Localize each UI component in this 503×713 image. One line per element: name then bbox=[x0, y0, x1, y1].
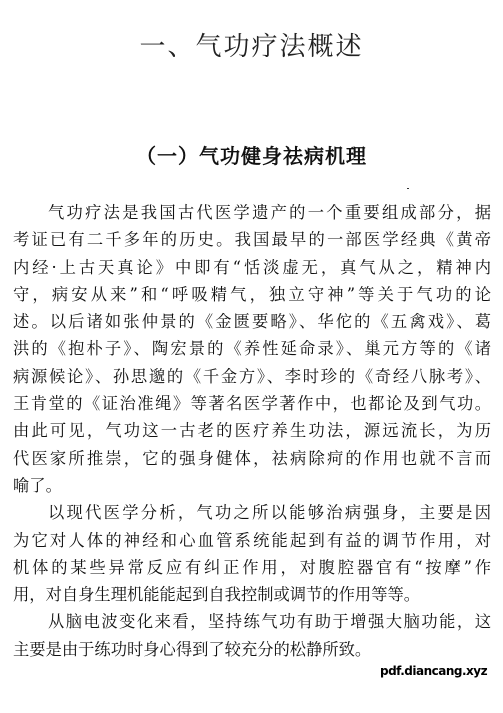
paragraph-1-line: 洪的《抱朴子》、陶宏景的《养性延命录》、巢元方等的《诸 bbox=[13, 335, 491, 362]
paragraph-2-line: 为它对人体的神经和心血管系统能起到有益的调节作用，对 bbox=[13, 527, 491, 554]
paragraph-1-line: 病源候论》、孙思邈的《千金方》、李时珍的《奇经八脉考》、 bbox=[13, 363, 491, 390]
body-text: 气功疗法是我国古代医学遗产的一个重要组成部分，据 考证已有二千多年的历史。我国最… bbox=[13, 199, 491, 663]
paragraph-1-line: 考证已有二千多年的历史。我国最早的一部医学经典《黄帝 bbox=[13, 226, 491, 253]
paragraph-3-line: 主要是由于练功时身心得到了较充分的松静所致。 bbox=[13, 636, 491, 663]
paragraph-1-line: 述。以后诸如张仲景的《金匮要略》、华佗的《五禽戏》、葛 bbox=[13, 308, 491, 335]
paragraph-1-line: 由此可见，气功这一古老的医疗养生功法，源远流长，为历 bbox=[13, 417, 491, 444]
paragraph-2-line: 以现代医学分析，气功之所以能够治病强身，主要是因 bbox=[13, 499, 491, 526]
chapter-title: 一、气功疗法概述 bbox=[0, 26, 503, 63]
watermark: pdf.diancang.xyz bbox=[380, 664, 487, 678]
paragraph-2-line: 机体的某些异常反应有纠正作用，对腹腔器官有“按摩”作 bbox=[13, 554, 491, 581]
paragraph-1-line: 喻了。 bbox=[13, 472, 491, 499]
paragraph-1-line: 气功疗法是我国古代医学遗产的一个重要组成部分，据 bbox=[13, 199, 491, 226]
paragraph-1-line: 守，病安从来”和“呼吸精气，独立守神”等关于气功的论 bbox=[13, 281, 491, 308]
paragraph-1-line: 代医家所推崇，它的强身健体，祛病除疴的作用也就不言而 bbox=[13, 445, 491, 472]
paragraph-1-line: 王肯堂的《证治准绳》等著名医学著作中，也都论及到气功。 bbox=[13, 390, 491, 417]
section-title: （一）气功健身祛病机理 bbox=[0, 140, 503, 169]
paragraph-3-line: 从脑电波变化来看，坚持练气功有助于增强大脑功能，这 bbox=[13, 608, 491, 635]
paragraph-1-line: 内经·上古天真论》中即有“恬淡虚无，真气从之，精神内 bbox=[13, 254, 491, 281]
scan-speck bbox=[407, 188, 409, 189]
paragraph-2-line: 用，对自身生理机能能起到自我控制或调节的作用等等。 bbox=[13, 581, 491, 608]
